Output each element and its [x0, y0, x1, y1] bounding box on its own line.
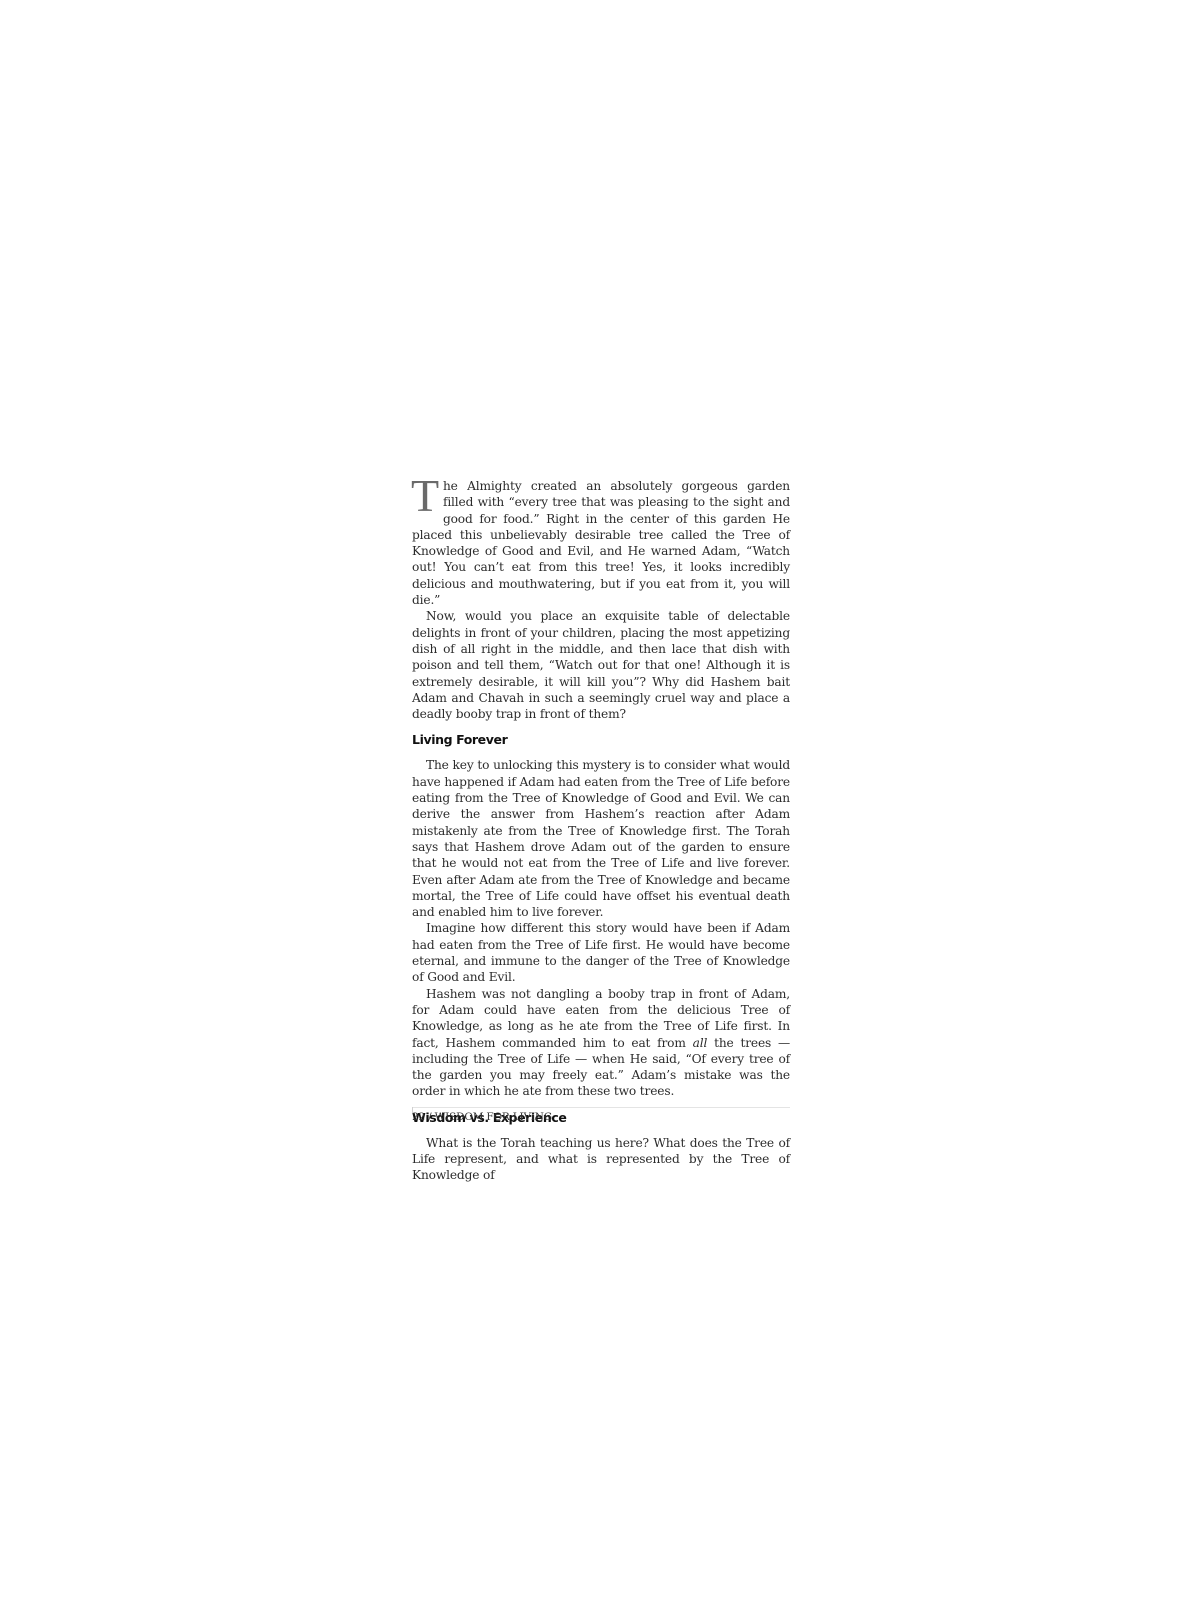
footer-rule-tick [412, 1107, 413, 1113]
section-heading-living-forever: Living Forever [412, 732, 790, 748]
intro-paragraph-1-text: he Almighty created an absolutely gorgeo… [412, 479, 790, 607]
living-forever-paragraph-2: Imagine how different this story would h… [412, 920, 790, 985]
running-footer: 22 / WISDOM FOR LIVING [412, 1111, 552, 1123]
living-forever-paragraph-1: The key to unlocking this mystery is to … [412, 757, 790, 920]
wisdom-paragraph-1: What is the Torah teaching us here? What… [412, 1135, 790, 1184]
emphasis-all: all [693, 1036, 708, 1050]
intro-paragraph-2: Now, would you place an exquisite table … [412, 608, 790, 722]
page-body: The Almighty created an absolutely gorge… [412, 478, 790, 1184]
living-forever-paragraph-3: Hashem was not dangling a booby trap in … [412, 986, 790, 1100]
drop-cap: T [411, 478, 439, 512]
intro-paragraph-1: The Almighty created an absolutely gorge… [412, 478, 790, 608]
page-footer: 22 / WISDOM FOR LIVING [412, 1107, 790, 1123]
